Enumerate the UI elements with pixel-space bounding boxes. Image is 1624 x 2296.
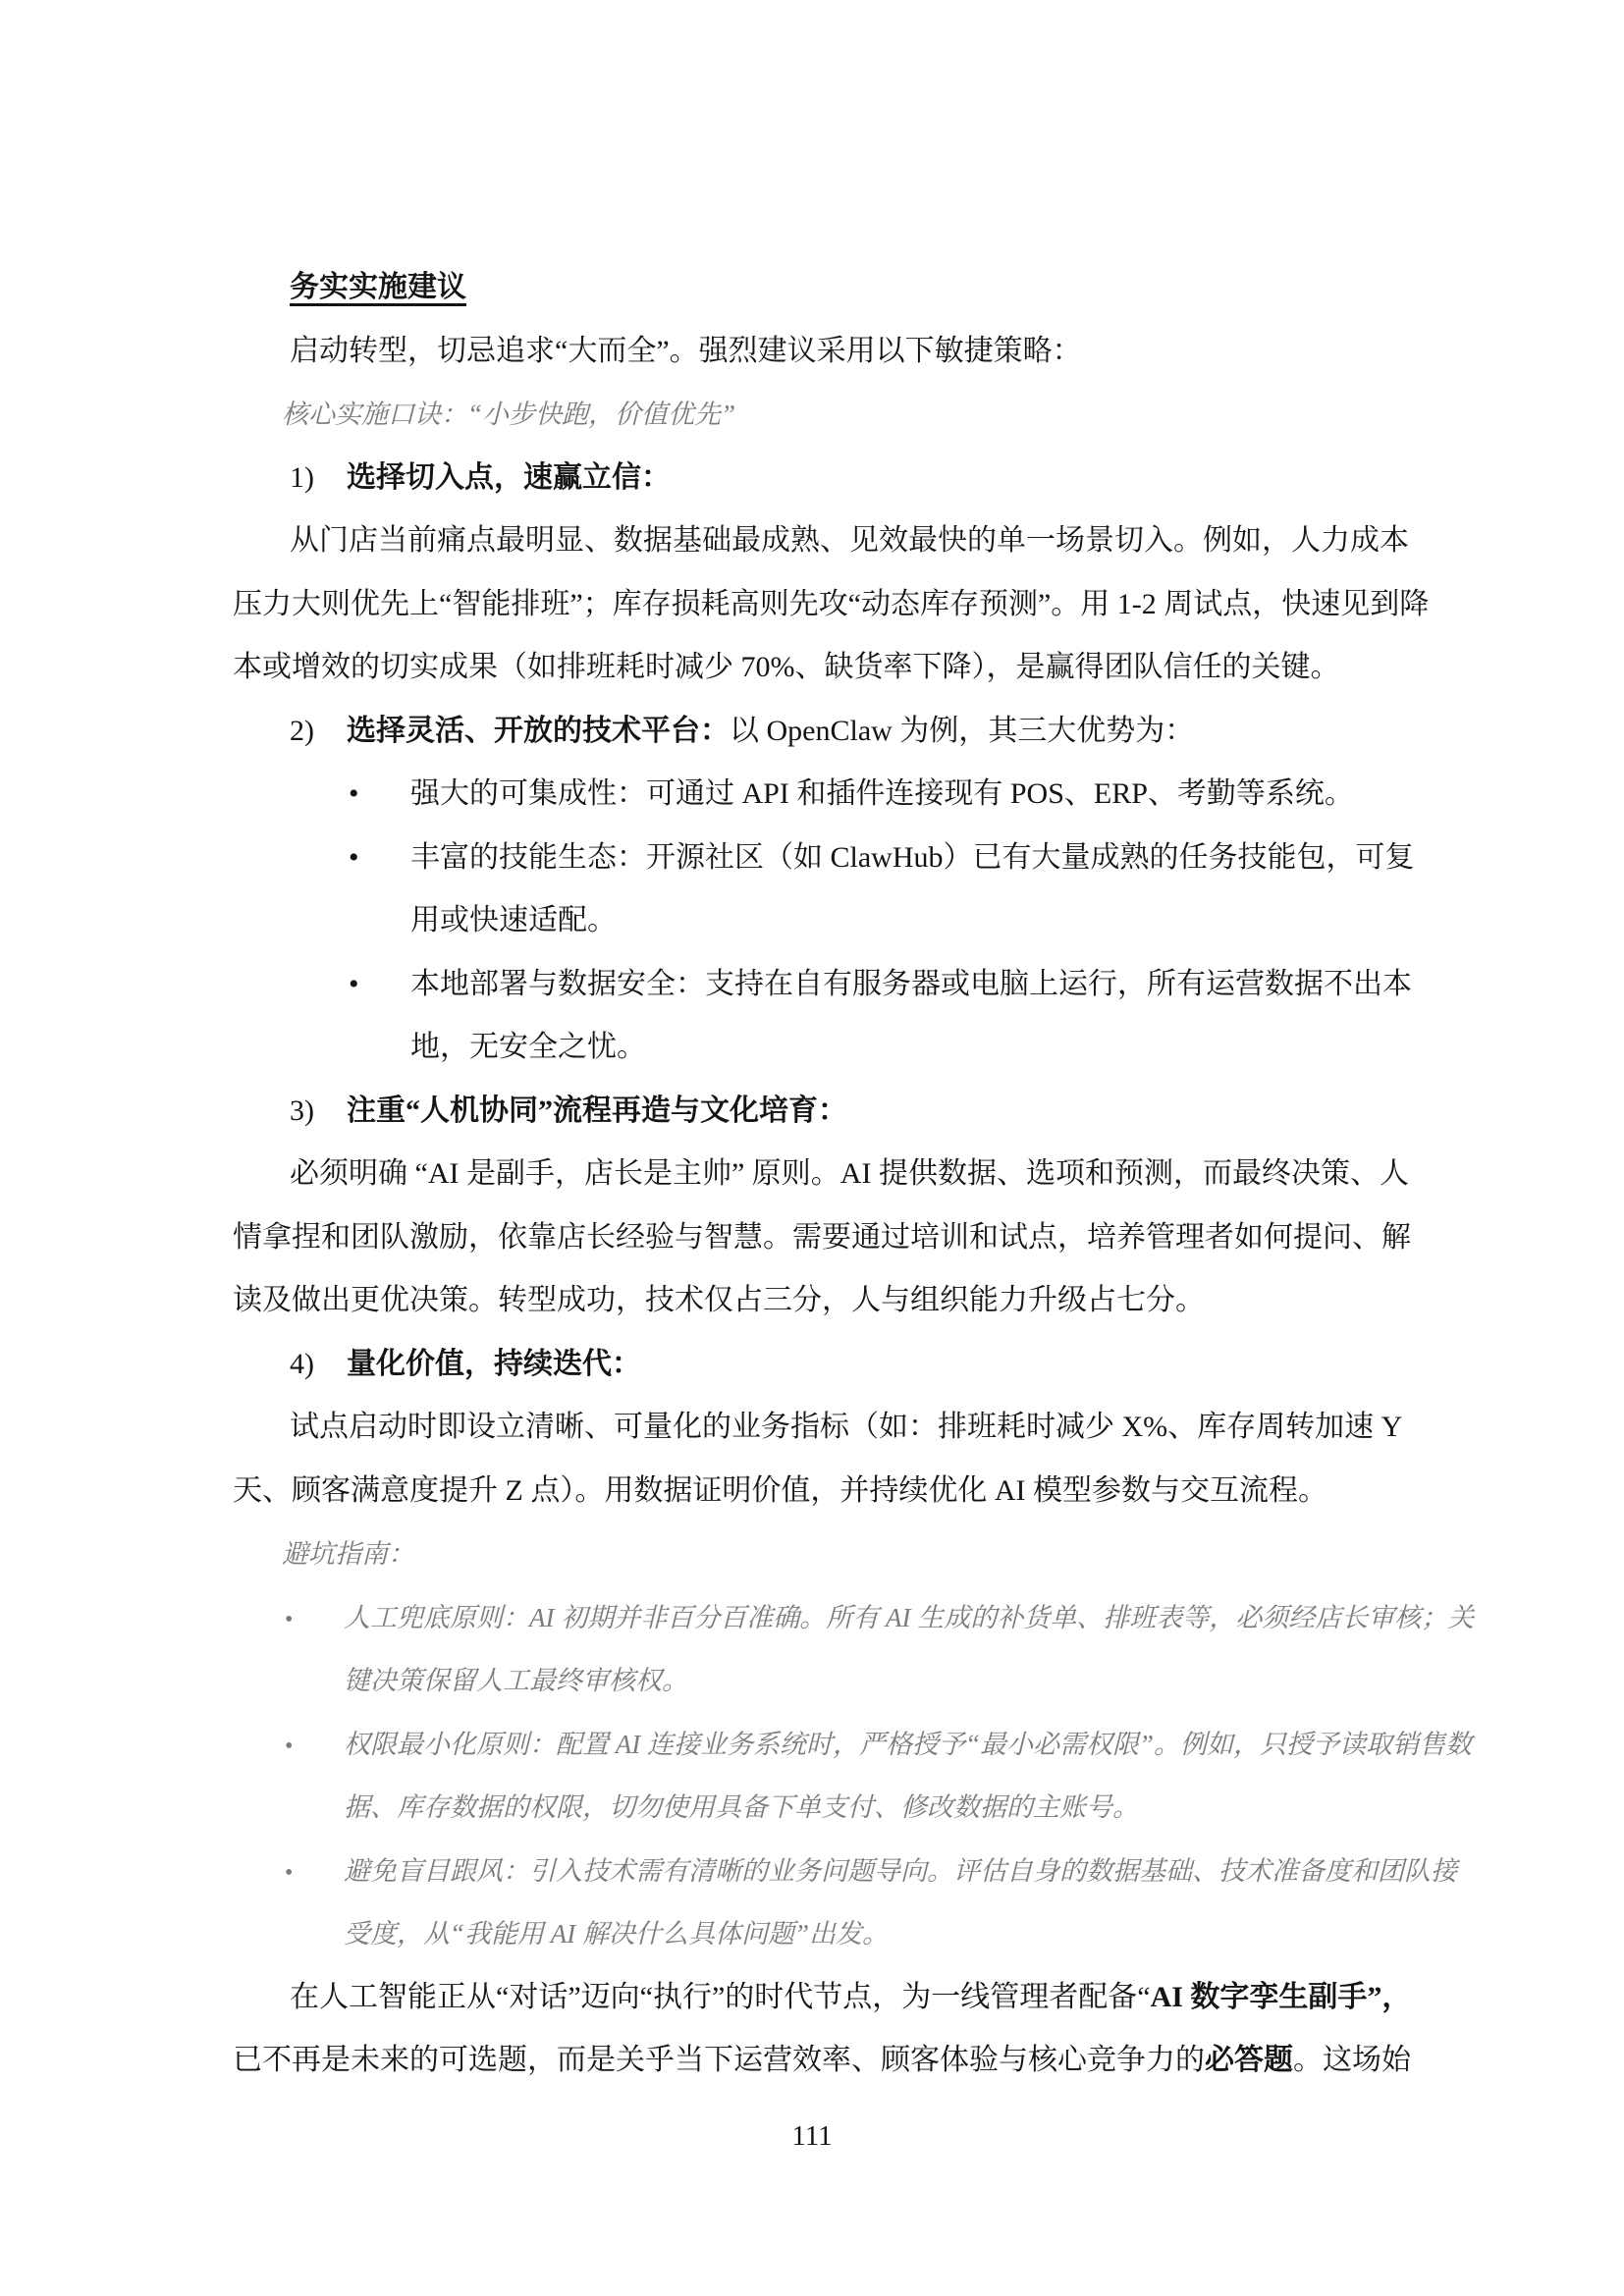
- closing-paragraph-line-2: 已不再是未来的可选题，而是关乎当下运营效率、顾客体验与核心竞争力的必答题。这场始: [233, 2029, 1391, 2093]
- list-item-2: 2)选择灵活、开放的技术平台：以 OpenClaw 为例，其三大优势为：: [233, 700, 1391, 764]
- list-item-2-rest: 以 OpenClaw 为例，其三大优势为：: [730, 715, 1194, 747]
- bullet-item-integration-text: 强大的可集成性：可通过 API 和插件连接现有 POS、ERP、考勤等系统。: [410, 777, 1354, 810]
- pitfall-item-human-backstop-line-2: 键决策保留人工最终审核权。: [233, 1649, 1391, 1713]
- closing-line-2-bold: 必答题: [1205, 2044, 1293, 2076]
- paragraph-3-line-1: 必须明确 “AI 是副手，店长是主帅” 原则。AI 提供数据、选项和预测，而最终…: [233, 1143, 1391, 1206]
- pitfall-item-human-backstop: •人工兜底原则：AI 初期并非百分百准确。所有 AI 生成的补货单、排班表等，必…: [233, 1586, 1391, 1650]
- pitfall-item-human-backstop-text: 人工兜底原则：AI 初期并非百分百准确。所有 AI 生成的补货单、排班表等，必须…: [344, 1603, 1474, 1632]
- bullet-item-ecosystem: •丰富的技能生态：开源社区（如 ClawHub）已有大量成熟的任务技能包，可复: [233, 827, 1391, 890]
- paragraph-1-line-3: 本或增效的切实成果（如排班耗时减少 70%、缺货率下降），是赢得团队信任的关键。: [233, 636, 1391, 700]
- bullet-item-local-deploy-line-2: 地，无安全之忧。: [233, 1016, 1391, 1080]
- bullet-icon: •: [285, 1715, 344, 1779]
- list-item-1-title: 选择切入点，速赢立信：: [347, 461, 671, 494]
- pitfall-item-blind-following-text: 避免盲目跟风：引入技术需有清晰的业务问题导向。评估自身的数据基础、技术准备度和团…: [344, 1856, 1457, 1886]
- closing-line-1-pre: 在人工智能正从“对话”迈向“执行”的时代节点，为一线管理者配备“: [290, 1981, 1151, 2013]
- bullet-icon: •: [349, 827, 410, 890]
- paragraph-1-line-1: 从门店当前痛点最明显、数据基础最成熟、见效最快的单一场景切入。例如，人力成本: [233, 509, 1391, 573]
- pitfall-item-least-privilege: •权限最小化原则：配置 AI 连接业务系统时，严格授予“最小必需权限”。例如，只…: [233, 1713, 1391, 1777]
- list-item-1: 1)选择切入点，速赢立信：: [233, 447, 1391, 510]
- paragraph-1-line-2: 压力大则优先上“智能排班”；库存损耗高则先攻“动态库存预测”。用 1-2 周试点…: [233, 573, 1391, 637]
- pitfall-item-least-privilege-text: 权限最小化原则：配置 AI 连接业务系统时，严格授予“最小必需权限”。例如，只授…: [344, 1730, 1472, 1759]
- page-number: 111: [0, 2116, 1624, 2156]
- document-page: 务实实施建议 启动转型，切忌追求“大而全”。强烈建议采用以下敏捷策略： 核心实施…: [0, 0, 1624, 2296]
- paragraph-3-line-2: 情拿捏和团队激励，依靠店长经验与智慧。需要通过培训和试点，培养管理者如何提问、解: [233, 1206, 1391, 1270]
- bullet-item-local-deploy: •本地部署与数据安全：支持在自有服务器或电脑上运行，所有运营数据不出本: [233, 953, 1391, 1017]
- section-heading-text: 务实实施建议: [290, 271, 466, 303]
- list-item-4-number: 4): [290, 1333, 347, 1397]
- list-item-4: 4)量化价值，持续迭代：: [233, 1333, 1391, 1397]
- closing-line-2-pre: 已不再是未来的可选题，而是关乎当下运营效率、顾客体验与核心竞争力的: [233, 2044, 1205, 2076]
- bullet-item-local-deploy-text: 本地部署与数据安全：支持在自有服务器或电脑上运行，所有运营数据不出本: [410, 968, 1412, 1000]
- bullet-icon: •: [285, 1588, 344, 1652]
- paragraph-4-line-1: 试点启动时即设立清晰、可量化的业务指标（如：排班耗时减少 X%、库存周转加速 Y: [233, 1396, 1391, 1460]
- list-item-3: 3)注重“人机协同”流程再造与文化培育：: [233, 1080, 1391, 1144]
- list-item-2-title: 选择灵活、开放的技术平台：: [347, 715, 730, 747]
- bullet-icon: •: [285, 1842, 344, 1905]
- bullet-item-ecosystem-line-2: 用或快速适配。: [233, 889, 1391, 953]
- list-item-3-title: 注重“人机协同”流程再造与文化培育：: [347, 1095, 847, 1127]
- list-item-2-number: 2): [290, 700, 347, 764]
- pitfall-item-blind-following-line-2: 受度，从“我能用 AI 解决什么具体问题”出发。: [233, 1902, 1391, 1966]
- closing-line-1-post: ”，: [1367, 1981, 1411, 2013]
- bullet-item-integration: •强大的可集成性：可通过 API 和插件连接现有 POS、ERP、考勤等系统。: [233, 763, 1391, 827]
- list-item-3-number: 3): [290, 1080, 347, 1144]
- implementation-motto: 核心实施口诀：“小步快跑，价值优先”: [233, 383, 1391, 447]
- pitfall-item-blind-following: •避免盲目跟风：引入技术需有清晰的业务问题导向。评估自身的数据基础、技术准备度和…: [233, 1840, 1391, 1903]
- paragraph-4-line-2: 天、顾客满意度提升 Z 点）。用数据证明价值，并持续优化 AI 模型参数与交互流…: [233, 1460, 1391, 1523]
- closing-paragraph-line-1: 在人工智能正从“对话”迈向“执行”的时代节点，为一线管理者配备“AI 数字孪生副…: [233, 1966, 1391, 2030]
- list-item-4-title: 量化价值，持续迭代：: [347, 1348, 641, 1380]
- closing-line-1-bold: AI 数字孪生副手: [1151, 1981, 1368, 2013]
- intro-paragraph: 启动转型，切忌追求“大而全”。强烈建议采用以下敏捷策略：: [233, 320, 1391, 384]
- bullet-item-ecosystem-text: 丰富的技能生态：开源社区（如 ClawHub）已有大量成熟的任务技能包，可复: [410, 841, 1415, 874]
- pitfalls-label: 避坑指南：: [233, 1522, 1391, 1586]
- paragraph-3-line-3: 读及做出更优决策。转型成功，技术仅占三分，人与组织能力升级占七分。: [233, 1269, 1391, 1333]
- section-heading: 务实实施建议: [233, 256, 1391, 320]
- closing-line-2-post: 。这场始: [1293, 2044, 1411, 2076]
- pitfall-item-least-privilege-line-2: 据、库存数据的权限，切勿使用具备下单支付、修改数据的主账号。: [233, 1776, 1391, 1840]
- text-column: 务实实施建议 启动转型，切忌追求“大而全”。强烈建议采用以下敏捷策略： 核心实施…: [233, 256, 1391, 2093]
- bullet-icon: •: [349, 953, 410, 1017]
- bullet-icon: •: [349, 763, 410, 827]
- list-item-1-number: 1): [290, 447, 347, 510]
